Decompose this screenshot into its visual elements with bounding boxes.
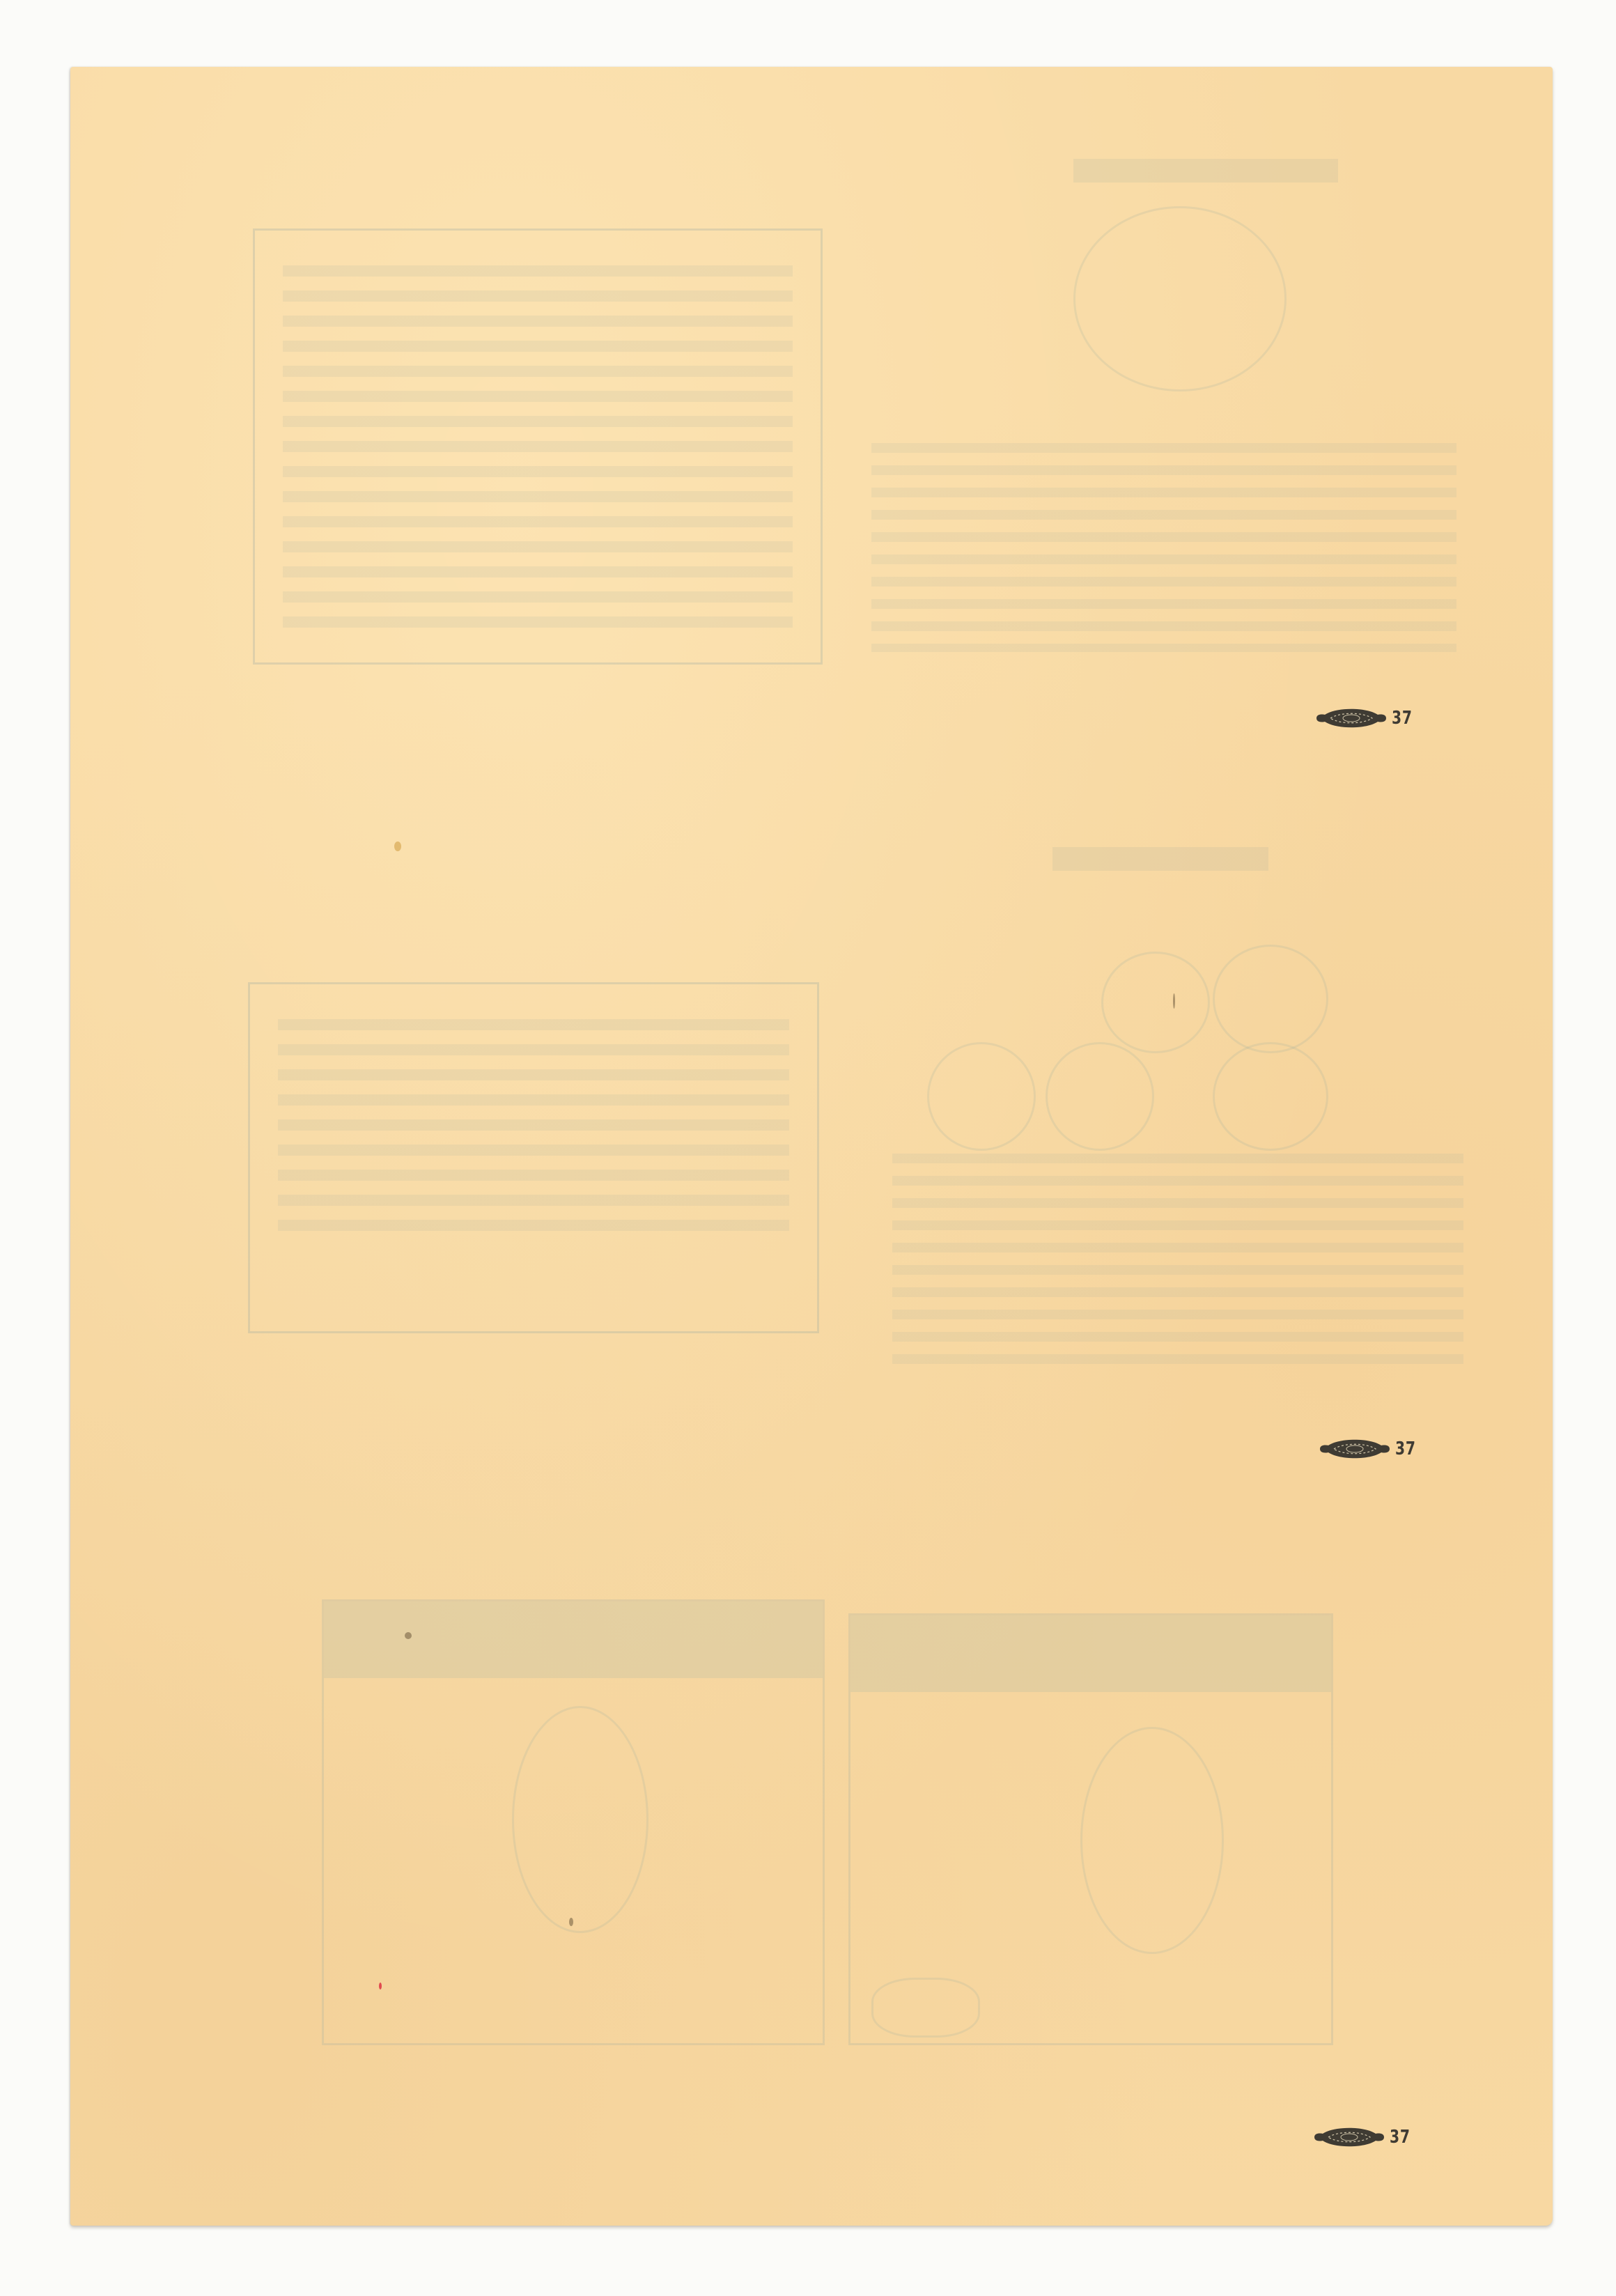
page-number-folio-3: 37	[1313, 2123, 1416, 2151]
bleed-through-comic-panel-right	[848, 1613, 1333, 2045]
bleed-through-headline-top	[1073, 159, 1338, 183]
page-number: 37	[1390, 2127, 1411, 2148]
ornamental-oval-icon	[1319, 1436, 1391, 1461]
bleed-through-figure-left	[512, 1706, 648, 1933]
page-number: 37	[1395, 1438, 1416, 1459]
page-number: 37	[1392, 708, 1413, 729]
bleed-through-box-2-text	[278, 1019, 789, 1234]
page-number-folio-1: 37	[1315, 704, 1418, 732]
paper-speck	[379, 1983, 382, 1989]
bleed-through-text-mid-right	[892, 1154, 1463, 1370]
paper-speck	[569, 1918, 573, 1926]
bleed-through-panel-left-caption	[324, 1601, 823, 1678]
bleed-through-circle-4	[1046, 1042, 1154, 1151]
page-number-folio-2: 37	[1319, 1435, 1422, 1463]
ornamental-oval-icon	[1315, 706, 1388, 731]
paper-speck	[405, 1632, 412, 1639]
ornamental-oval-icon	[1313, 2125, 1385, 2150]
bleed-through-headline-mid	[1052, 847, 1268, 871]
bleed-through-text-top-right	[871, 443, 1456, 652]
bleed-through-comic-panel-left	[322, 1599, 825, 2045]
bleed-through-box-1-text	[283, 265, 793, 628]
bleed-through-figure-right	[1080, 1727, 1224, 1954]
bleed-through-circle-3	[927, 1042, 1036, 1151]
bleed-through-object-right	[871, 1978, 980, 2038]
paper-speck	[1173, 993, 1175, 1009]
bleed-through-circle-5	[1213, 1042, 1328, 1151]
bleed-through-circle-2	[1213, 945, 1328, 1053]
comic-page: 37 37 37	[70, 67, 1553, 2226]
bleed-through-box-2	[248, 982, 819, 1333]
bleed-through-panel-right-caption	[850, 1615, 1331, 1692]
paper-speck	[394, 841, 401, 851]
bleed-through-box-1	[253, 228, 823, 665]
bleed-through-circle-1	[1101, 952, 1210, 1053]
bleed-through-illustration-top	[1073, 206, 1287, 391]
